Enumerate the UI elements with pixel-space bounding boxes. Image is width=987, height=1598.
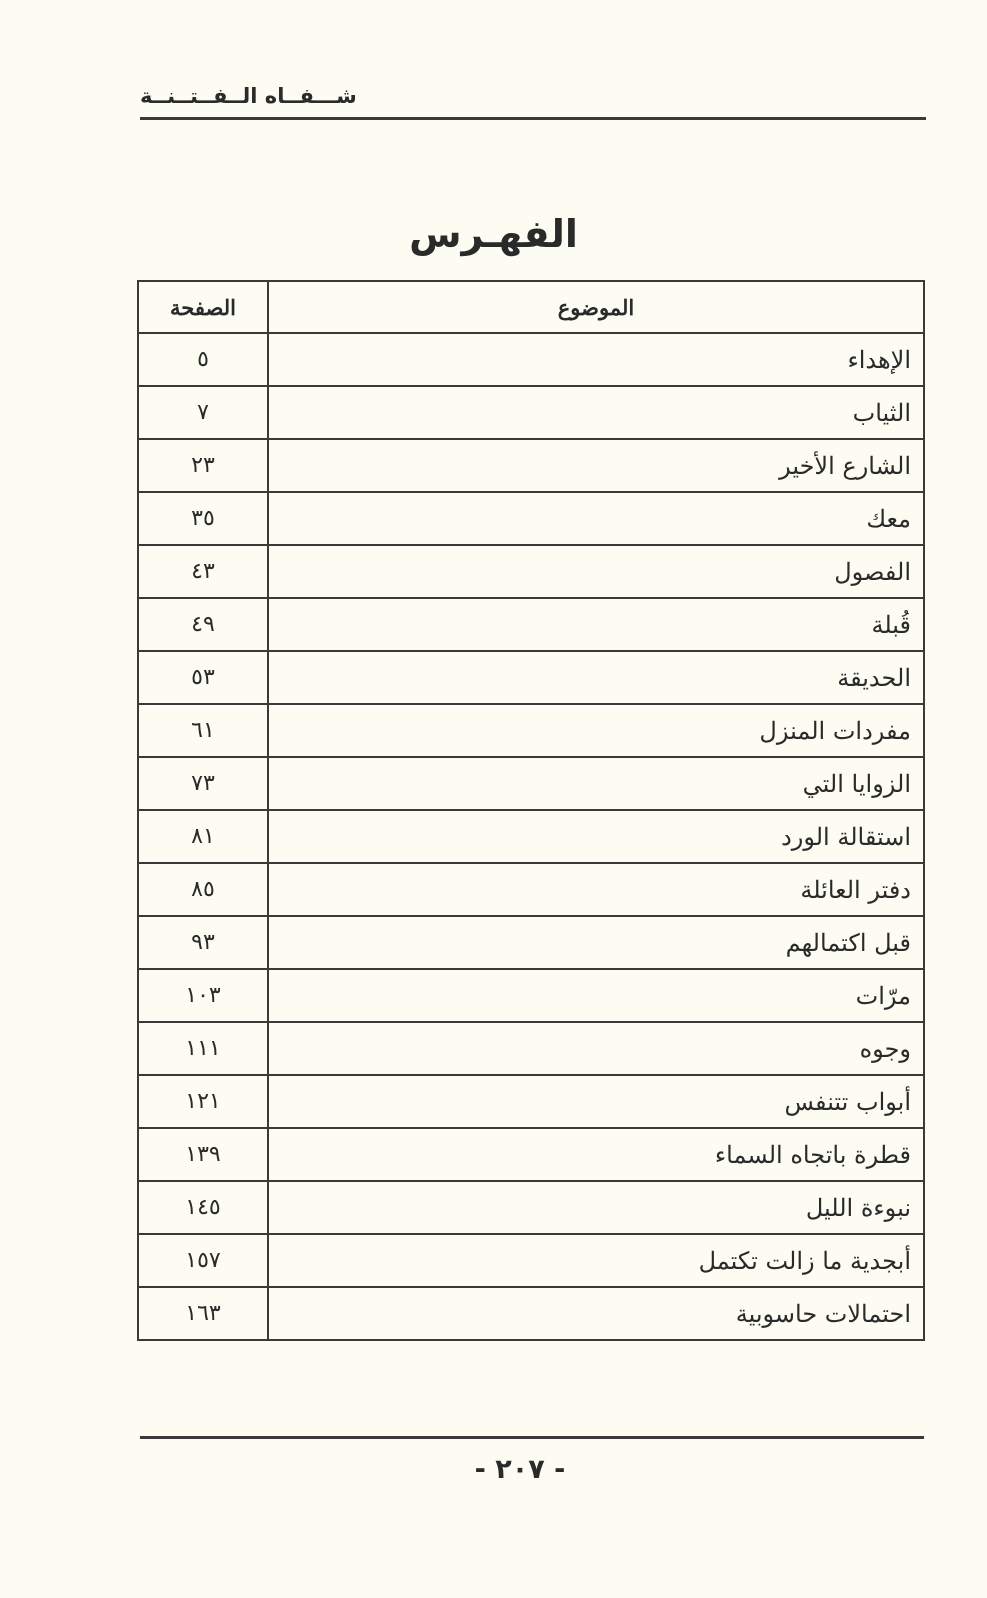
table-row: دفتر العائلة٨٥ — [138, 863, 924, 916]
page-cell: ٤٩ — [138, 598, 268, 651]
page-cell: ١٦٣ — [138, 1287, 268, 1340]
table-row: الشارع الأخير٢٣ — [138, 439, 924, 492]
page-cell: ٧٣ — [138, 757, 268, 810]
table-row: مرّات١٠٣ — [138, 969, 924, 1022]
page-cell: ٧ — [138, 386, 268, 439]
topic-cell: مرّات — [268, 969, 924, 1022]
table-header-row: الموضوع الصفحة — [138, 281, 924, 333]
page-cell: ٣٥ — [138, 492, 268, 545]
page-cell: ١٣٩ — [138, 1128, 268, 1181]
table-of-contents: الموضوع الصفحة الإهداء٥ الثياب٧ الشارع ا… — [137, 280, 925, 1341]
table-row: أبجدية ما زالت تكتمل١٥٧ — [138, 1234, 924, 1287]
table-row: الإهداء٥ — [138, 333, 924, 386]
table-row: استقالة الورد٨١ — [138, 810, 924, 863]
page-cell: ٤٣ — [138, 545, 268, 598]
page-cell: ٢٣ — [138, 439, 268, 492]
page-cell: ١٠٣ — [138, 969, 268, 1022]
column-header-topic: الموضوع — [268, 281, 924, 333]
footer-rule — [140, 1436, 924, 1439]
topic-cell: استقالة الورد — [268, 810, 924, 863]
topic-cell: الزوايا التي — [268, 757, 924, 810]
page-cell: ٨٥ — [138, 863, 268, 916]
table-row: الحديقة٥٣ — [138, 651, 924, 704]
topic-cell: الحديقة — [268, 651, 924, 704]
page-cell: ١٥٧ — [138, 1234, 268, 1287]
running-head-title: شـــفــاه الــفــتــنــة — [140, 84, 357, 108]
topic-cell: وجوه — [268, 1022, 924, 1075]
page-cell: ١٢١ — [138, 1075, 268, 1128]
table-row: قبل اكتمالهم٩٣ — [138, 916, 924, 969]
table-row: احتمالات حاسوبية١٦٣ — [138, 1287, 924, 1340]
page-cell: ١٤٥ — [138, 1181, 268, 1234]
table-row: الزوايا التي٧٣ — [138, 757, 924, 810]
page-cell: ٨١ — [138, 810, 268, 863]
page-title: الفهـرس — [0, 212, 987, 256]
topic-cell: أبجدية ما زالت تكتمل — [268, 1234, 924, 1287]
topic-cell: الشارع الأخير — [268, 439, 924, 492]
header-rule — [140, 117, 926, 120]
table-row: وجوه١١١ — [138, 1022, 924, 1075]
column-header-page: الصفحة — [138, 281, 268, 333]
page-cell: ٦١ — [138, 704, 268, 757]
topic-cell: الإهداء — [268, 333, 924, 386]
topic-cell: معك — [268, 492, 924, 545]
topic-cell: الفصول — [268, 545, 924, 598]
page-cell: ١١١ — [138, 1022, 268, 1075]
table-row: قطرة باتجاه السماء١٣٩ — [138, 1128, 924, 1181]
topic-cell: قطرة باتجاه السماء — [268, 1128, 924, 1181]
page-cell: ٥٣ — [138, 651, 268, 704]
table-row: نبوءة الليل١٤٥ — [138, 1181, 924, 1234]
topic-cell: دفتر العائلة — [268, 863, 924, 916]
topic-cell: الثياب — [268, 386, 924, 439]
table-row: أبواب تتنفس١٢١ — [138, 1075, 924, 1128]
table-row: الثياب٧ — [138, 386, 924, 439]
topic-cell: مفردات المنزل — [268, 704, 924, 757]
table-row: مفردات المنزل٦١ — [138, 704, 924, 757]
topic-cell: نبوءة الليل — [268, 1181, 924, 1234]
topic-cell: قبل اكتمالهم — [268, 916, 924, 969]
topic-cell: احتمالات حاسوبية — [268, 1287, 924, 1340]
page-cell: ٩٣ — [138, 916, 268, 969]
topic-cell: أبواب تتنفس — [268, 1075, 924, 1128]
topic-cell: قُبلة — [268, 598, 924, 651]
table-row: الفصول٤٣ — [138, 545, 924, 598]
page-number: - ٢٠٧ - — [0, 1454, 987, 1485]
page-cell: ٥ — [138, 333, 268, 386]
table-row: قُبلة٤٩ — [138, 598, 924, 651]
table-row: معك٣٥ — [138, 492, 924, 545]
